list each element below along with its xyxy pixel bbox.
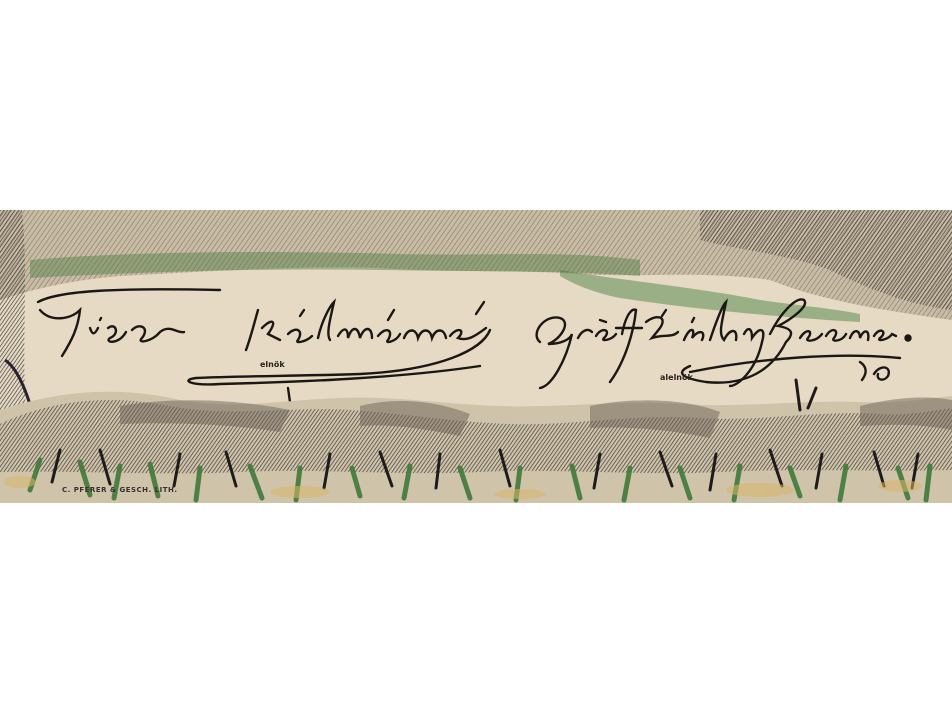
printer-mark: C. PFERER & GESCH. LITH. <box>62 486 178 494</box>
signature-grof-zichy-ferencz <box>537 299 911 388</box>
lithograph-artwork: elnök alelnök <box>0 210 952 503</box>
signature-tisza-kalmanne <box>38 289 490 402</box>
lithograph-photo: elnök alelnök <box>0 210 952 503</box>
caption-alelnok: alelnök <box>660 373 694 382</box>
caption-elnok: elnök <box>260 360 285 369</box>
foliage-garland <box>0 380 952 503</box>
